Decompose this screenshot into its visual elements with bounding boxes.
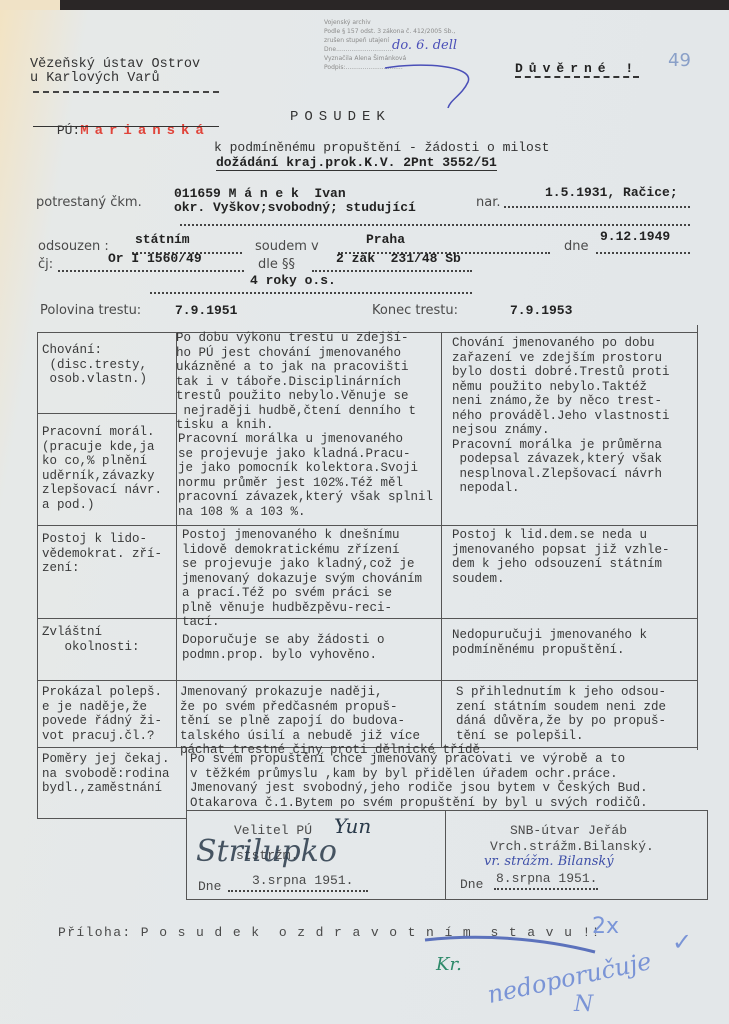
birth-info: 1.5.1931, Račice; xyxy=(545,186,678,200)
pu-assessment-political-attitude: Postoj jmenovaného k dnešnímu lidově dem… xyxy=(182,528,422,630)
label-half-sentence: Polovina trestu: xyxy=(40,304,141,318)
label-cj: čj: xyxy=(38,258,53,272)
row-label-political-attitude: Postoj k lido- vědemokrat. zří- zení: xyxy=(42,532,162,576)
half-sentence-date: 7.9.1951 xyxy=(175,304,237,318)
dotted-line xyxy=(180,224,690,226)
document-subtitle: k podmíněnému propuštění - žádosti o mil… xyxy=(214,141,549,155)
table-border xyxy=(697,325,698,750)
table-border xyxy=(707,810,708,900)
label-convicted: potrestaný čkm. xyxy=(36,196,142,210)
pu-assessment-improvement: Jmenovaný prokazuje naději, že po svém p… xyxy=(180,685,488,758)
table-border xyxy=(37,818,187,819)
label-sentenced: odsouzen : xyxy=(38,240,109,254)
pu-date-label: Dne xyxy=(198,880,221,894)
stamp-line: Dne.............................. xyxy=(324,45,393,54)
institution-location: u Karlových Varů xyxy=(30,71,160,86)
snb-assessment-political-attitude: Postoj k lid.dem.se neda u jmenovaného p… xyxy=(452,528,670,586)
dotted-line xyxy=(228,890,368,892)
table-border xyxy=(186,747,187,899)
court-type: státním xyxy=(135,233,190,247)
stamp-line: zrušen stupeň utajení xyxy=(324,36,389,45)
request-reference: dožádání kraj.prok.K.V. 2Pnt 3552/51 xyxy=(216,156,561,170)
dotted-line xyxy=(312,270,472,272)
table-border xyxy=(445,810,446,900)
document-title: POSUDEK xyxy=(290,110,391,124)
sentence-length: 4 roky o.s. xyxy=(250,274,336,288)
pu-date: 3.srpna 1951. xyxy=(252,874,353,888)
snb-date: 8.srpna 1951. xyxy=(496,872,597,886)
confidential-mark: Důvěrné ! xyxy=(515,62,639,76)
page-mark: 49 xyxy=(668,50,691,71)
table-border xyxy=(37,413,177,414)
row-label-work-morale: Pracovní morál. (pracuje kde,ja ko co,% … xyxy=(42,425,162,512)
label-court: soudem v xyxy=(255,240,319,254)
row-label-conditions-after-release: Poměry jej čekaj. na svobodě:rodina bydl… xyxy=(42,752,170,796)
pu-field: PÚ:Marianská xyxy=(40,107,210,139)
divider xyxy=(33,126,219,127)
check-mark-icon: ✓ xyxy=(672,928,692,956)
table-border xyxy=(186,899,707,900)
pu-assessment-conditions-after-release: Po svém propuštění chce jmenovaný pracov… xyxy=(190,752,648,810)
snb-officer: Vrch.strážm.Bilanský. xyxy=(490,840,654,854)
label-date: dne xyxy=(564,240,589,254)
snb-date-label: Dne xyxy=(460,878,483,892)
case-number: Or I 1560/49 xyxy=(108,252,202,266)
dotted-line xyxy=(504,206,690,208)
end-sentence-date: 7.9.1953 xyxy=(510,304,572,318)
row-label-special-circumstances: Zvláštní okolnosti: xyxy=(42,625,140,654)
table-border xyxy=(37,680,697,681)
snb-unit: SNB-útvar Jeřáb xyxy=(510,824,627,838)
handwritten-kr: Kr. xyxy=(436,954,462,975)
scan-top-edge xyxy=(0,0,729,10)
table-border xyxy=(186,810,707,811)
dotted-line xyxy=(494,888,598,890)
law-reference: 2 zák 231/48 Sb xyxy=(336,252,461,266)
snb-assessment-improvement: S přihlednutím k jeho odsou- zení státní… xyxy=(456,685,666,743)
prisoner-id-name: 011659 M á n e k Ivan xyxy=(174,187,346,201)
row-label-improvement: Prokázal polepš. e je naděje,že povede ř… xyxy=(42,685,162,743)
table-border xyxy=(37,525,697,526)
snb-assessment-special-circumstances: Nedopuručuji jmenovaného k podmíněnému p… xyxy=(452,628,647,657)
label-born: nar. xyxy=(476,196,501,210)
court-city: Praha xyxy=(366,233,405,247)
institution-name: Vězeňský ústav Ostrov xyxy=(30,57,200,72)
dotted-line xyxy=(58,270,244,272)
pu-assessment-behaviour: Po dobu výkonu trestu u zdejší- ho PÚ je… xyxy=(176,331,416,433)
pu-signature: Strilupko xyxy=(196,834,337,869)
label-end-sentence: Konec trestu: xyxy=(372,304,458,318)
table-border xyxy=(37,332,38,818)
sentence-date: 9.12.1949 xyxy=(600,230,670,244)
pen-stroke-icon xyxy=(380,60,480,110)
pu-assessment-special-circumstances: Doporučuje se aby žádosti o podmn.prop. … xyxy=(182,633,385,662)
handwritten-date: do. 6. dell xyxy=(392,38,457,53)
dotted-line xyxy=(596,252,690,254)
handwritten-n: N xyxy=(574,992,593,1017)
row-label-behaviour: Chování: (disc.tresty, osob.vlastn.) xyxy=(42,343,147,387)
pu-initials: Yun xyxy=(334,814,371,838)
snb-assessment-behaviour: Chování jmenovaného po dobu zařazení ve … xyxy=(452,336,670,496)
stamp-line: Vojenský archiv xyxy=(324,18,371,27)
divider xyxy=(33,91,219,93)
pu-assessment-work-morale: Pracovní morálka u jmenovaného se projev… xyxy=(178,432,433,519)
stamp-line: Podle § 157 odst. 3 zákona č. 412/2005 S… xyxy=(324,27,455,36)
dotted-line xyxy=(150,292,472,294)
snb-signature: vr. strážm. Bilanský xyxy=(484,854,614,869)
prisoner-district: okr. Vyškov;svobodný; studující xyxy=(174,201,416,215)
label-law: dle §§ xyxy=(258,258,295,272)
